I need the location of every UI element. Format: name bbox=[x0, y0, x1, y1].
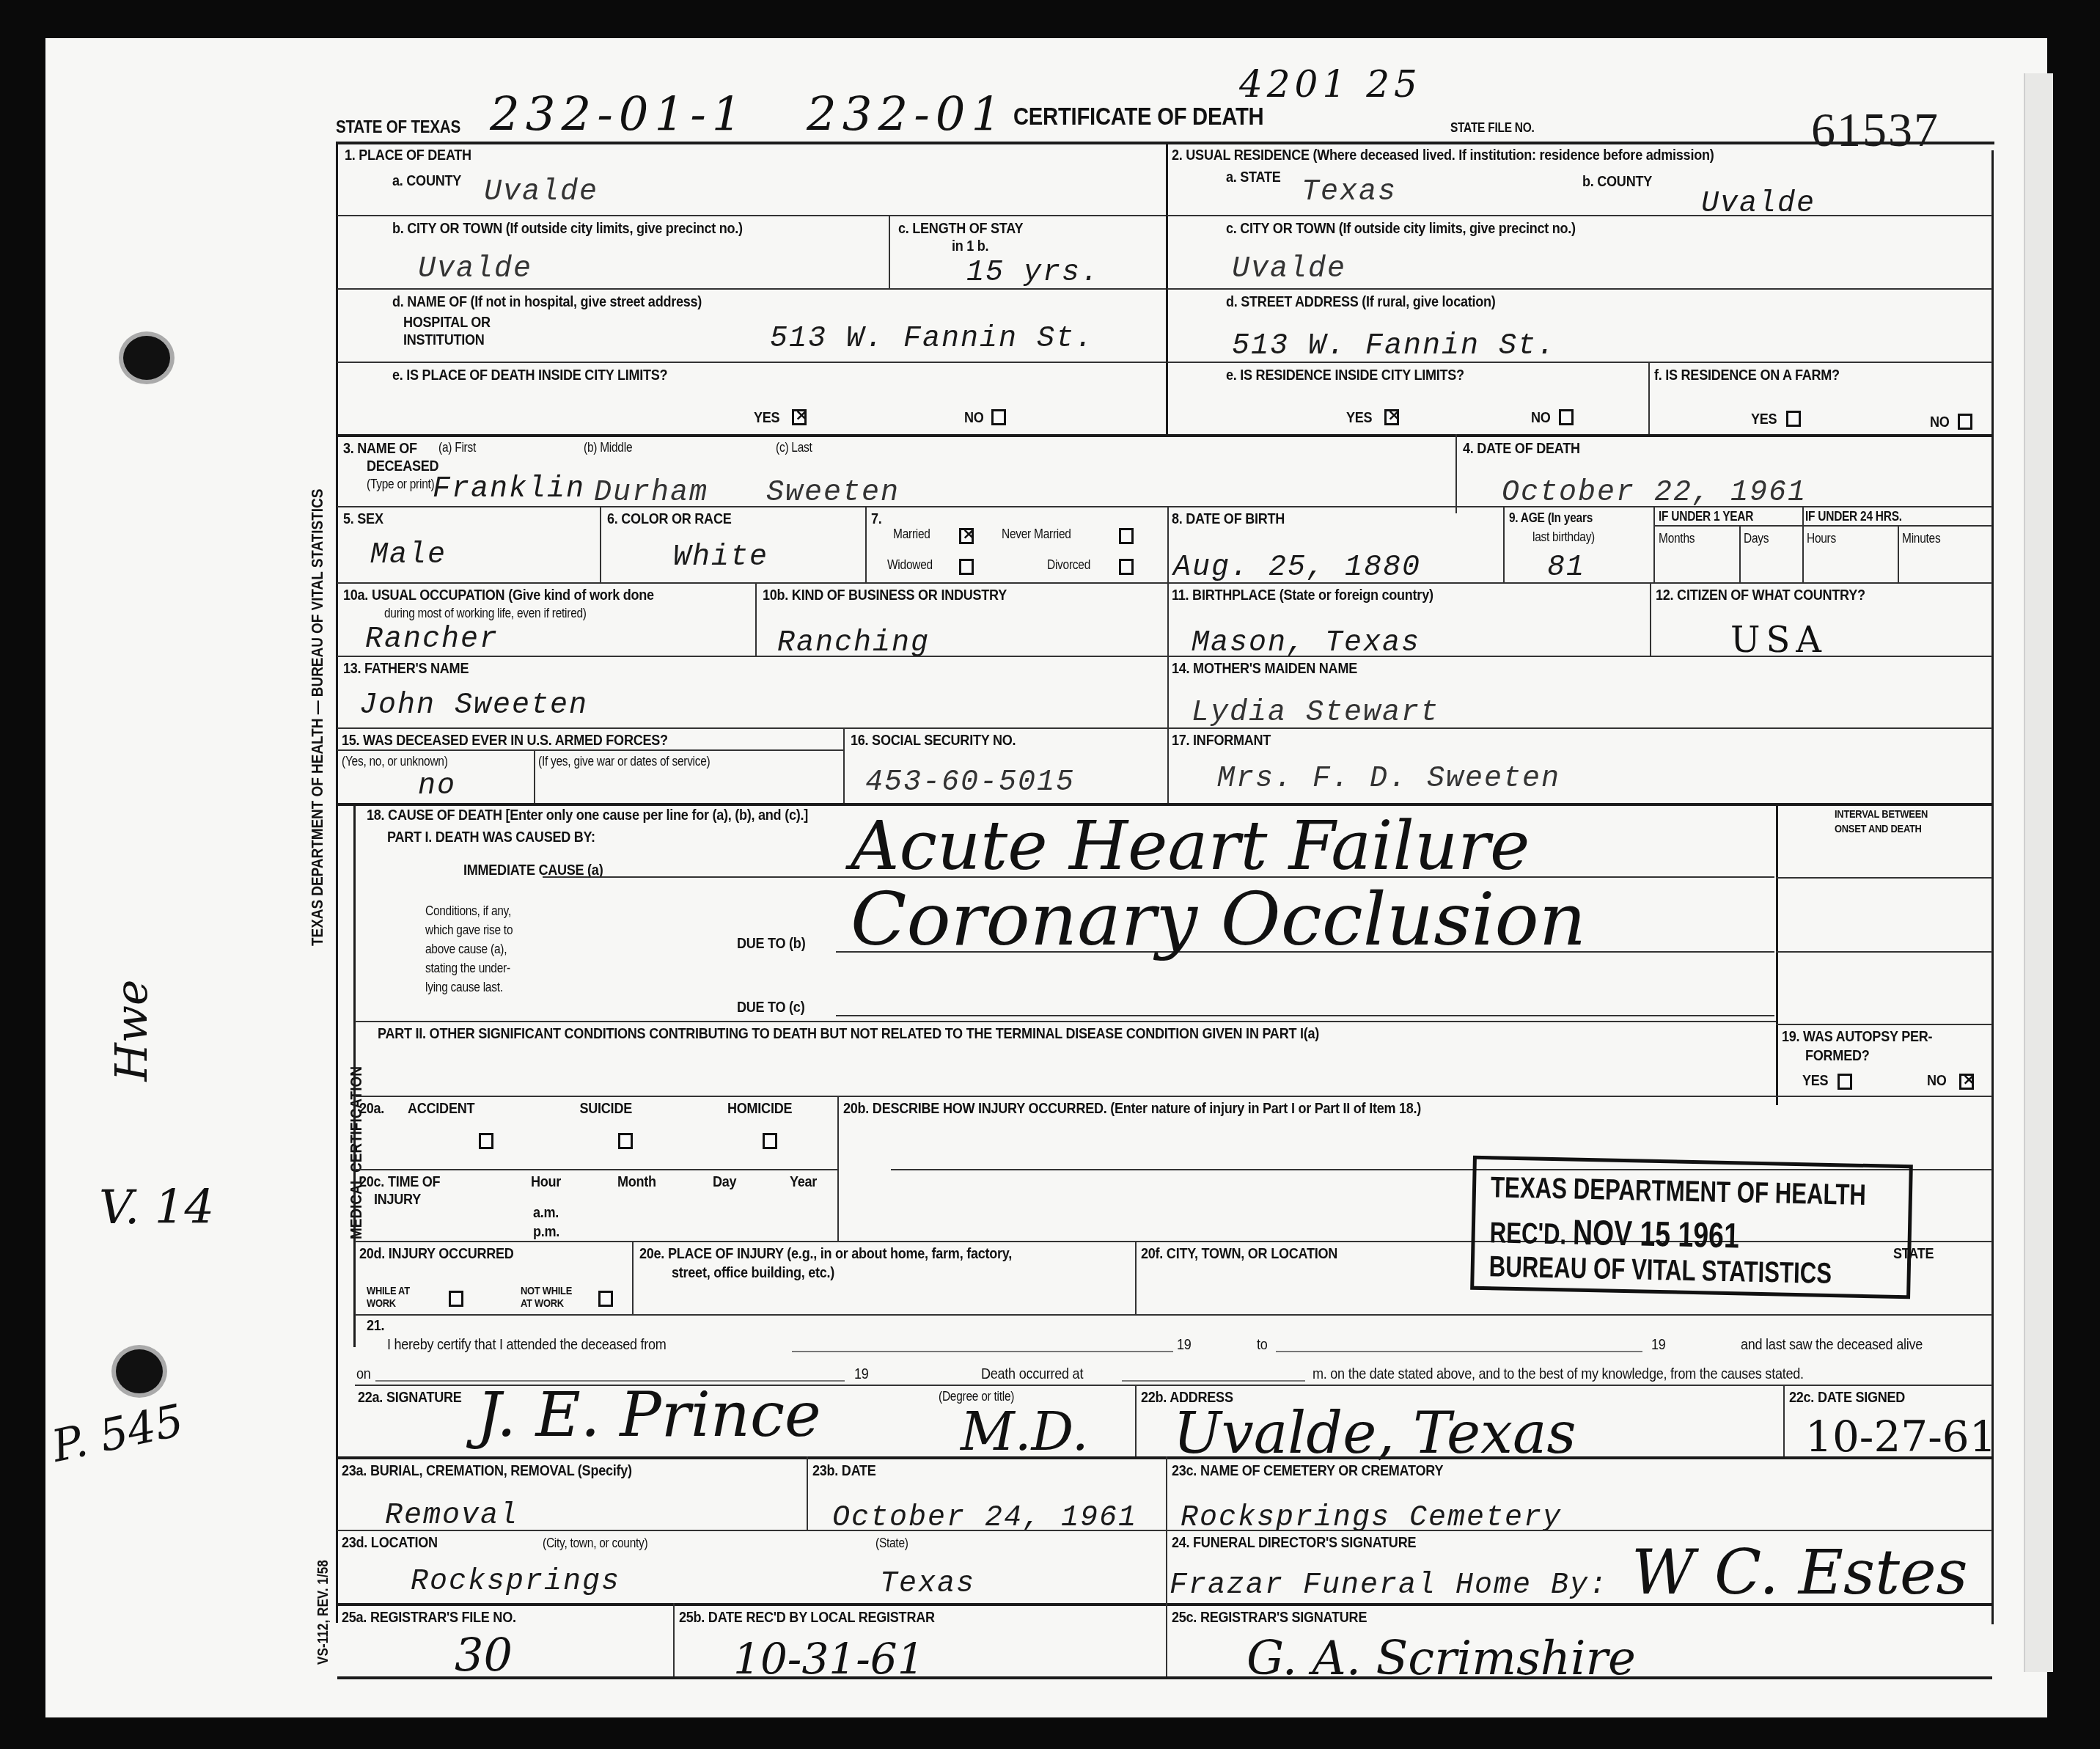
side-department-label: TEXAS DEPARTMENT OF HEALTH — BUREAU OF V… bbox=[308, 489, 327, 946]
dob-label: 8. DATE OF BIRTH bbox=[1172, 510, 1285, 528]
citizen-label: 12. CITIZEN OF WHAT COUNTRY? bbox=[1656, 587, 1865, 604]
under-1-year-label: IF UNDER 1 YEAR bbox=[1659, 509, 1753, 524]
res-farm-label: f. IS RESIDENCE ON A FARM? bbox=[1654, 367, 1840, 384]
injury-occurred-label: 20d. INJURY OCCURRED bbox=[359, 1245, 514, 1263]
divider bbox=[1135, 1241, 1137, 1314]
res-inside-city-label: e. IS RESIDENCE INSIDE CITY LIMITS? bbox=[1226, 367, 1464, 384]
armed-forces-sub-1: (Yes, no, or unknown) bbox=[342, 754, 448, 769]
year-label: Year bbox=[790, 1173, 817, 1191]
divider bbox=[337, 749, 843, 751]
form-border-top bbox=[336, 142, 1994, 144]
divider bbox=[337, 362, 1166, 363]
days-label: Days bbox=[1744, 531, 1769, 546]
degree-value: M.D. bbox=[961, 1401, 1089, 1462]
place-of-death-label: 1. PLACE OF DEATH bbox=[345, 147, 471, 164]
age-label-2: last birthday) bbox=[1532, 529, 1595, 545]
father-value: John Sweeten bbox=[359, 689, 588, 722]
divider bbox=[1167, 506, 1169, 583]
suicide-label: SUICIDE bbox=[580, 1100, 632, 1118]
am-label: a.m. bbox=[533, 1204, 559, 1222]
autopsy-no-checkbox[interactable] bbox=[1959, 1074, 1974, 1090]
no-label: NO bbox=[1930, 414, 1950, 431]
stamp-received-label: REC'D. bbox=[1489, 1217, 1566, 1250]
certify-text: 19 bbox=[1651, 1336, 1666, 1354]
interval-label: INTERVAL BETWEEN bbox=[1835, 808, 1928, 821]
form-border-bottom bbox=[337, 1676, 1992, 1679]
age-value: 81 bbox=[1547, 551, 1585, 584]
while-at-work-label: WHILE AT WORK bbox=[367, 1285, 417, 1310]
hours-label: Hours bbox=[1807, 531, 1836, 546]
divorced-label: Divorced bbox=[1047, 557, 1090, 573]
autopsy-label: 19. WAS AUTOPSY PER- bbox=[1782, 1028, 1932, 1046]
handwritten-top-code: 4201 25 bbox=[1239, 63, 1422, 106]
never-married-checkbox[interactable] bbox=[1119, 528, 1134, 544]
pod-city-label: b. CITY OR TOWN (If outside city limits,… bbox=[392, 220, 743, 238]
stamp-line-2: REC'D. NOV 15 1961 bbox=[1489, 1211, 1739, 1256]
divider bbox=[355, 1021, 1776, 1022]
hour-label: Hour bbox=[531, 1173, 561, 1191]
place-of-injury-label-2: street, office building, etc.) bbox=[672, 1264, 834, 1282]
informant-value: Mrs. F. D. Sweeten bbox=[1217, 763, 1560, 796]
divider bbox=[1503, 506, 1505, 583]
certify-text: and last saw the deceased alive bbox=[1741, 1336, 1923, 1354]
margin-note-volume: V. 14 bbox=[99, 1181, 214, 1235]
blank-line bbox=[1122, 1380, 1305, 1382]
divider bbox=[337, 288, 1166, 290]
yes-label: YES bbox=[1751, 411, 1777, 428]
form-number: VS-112, REV. 1/58 bbox=[315, 1560, 332, 1665]
divider bbox=[337, 434, 1992, 437]
not-while-at-work-label: NOT WHILE AT WORK bbox=[521, 1285, 577, 1310]
ssn-label: 16. SOCIAL SECURITY NO. bbox=[851, 732, 1016, 749]
divider bbox=[534, 749, 535, 804]
res-inside-city-no-checkbox[interactable] bbox=[1559, 409, 1574, 425]
registrar-date-label: 25b. DATE REC'D BY LOCAL REGISTRAR bbox=[679, 1609, 935, 1627]
divider bbox=[1653, 525, 1992, 527]
divider bbox=[755, 582, 757, 657]
due-to-c-label: DUE TO (c) bbox=[737, 999, 804, 1016]
married-label: Married bbox=[893, 527, 930, 542]
state-file-no-label: STATE FILE NO. bbox=[1450, 120, 1535, 136]
pod-inside-city-no-checkbox[interactable] bbox=[991, 409, 1006, 425]
res-street-value: 513 W. Fannin St. bbox=[1232, 330, 1556, 363]
divider bbox=[807, 1456, 808, 1530]
divorced-checkbox[interactable] bbox=[1119, 559, 1134, 575]
race-label: 6. COLOR OR RACE bbox=[607, 510, 731, 528]
conditions-note: above cause (a), bbox=[425, 942, 507, 957]
res-county-label: b. COUNTY bbox=[1582, 173, 1652, 191]
describe-injury-label: 20b. DESCRIBE HOW INJURY OCCURRED. (Ente… bbox=[843, 1100, 1421, 1118]
divider bbox=[837, 1096, 839, 1242]
name-label: 3. NAME OF bbox=[343, 440, 417, 458]
name-label-2: DECEASED bbox=[367, 458, 438, 475]
injury-type-label: 20a. bbox=[359, 1100, 384, 1118]
divider bbox=[1167, 362, 1992, 363]
physician-signature: J. E. Prince bbox=[477, 1379, 821, 1451]
age-label: 9. AGE (In years bbox=[1509, 510, 1593, 526]
occupation-label: 10a. USUAL OCCUPATION (Give kind of work… bbox=[343, 587, 654, 604]
suicide-checkbox[interactable] bbox=[618, 1133, 633, 1149]
divider bbox=[1802, 506, 1804, 583]
middle-name-label: (b) Middle bbox=[584, 440, 632, 455]
divider bbox=[865, 506, 867, 583]
divider bbox=[1167, 215, 1992, 216]
divider bbox=[1650, 582, 1651, 657]
autopsy-yes-label: YES bbox=[1802, 1072, 1828, 1090]
first-name-label: (a) First bbox=[438, 440, 476, 455]
res-farm-yes-checkbox[interactable] bbox=[1786, 411, 1801, 427]
minutes-label: Minutes bbox=[1902, 531, 1940, 546]
conditions-note: which gave rise to bbox=[425, 923, 513, 938]
dob-value: Aug. 25, 1880 bbox=[1173, 551, 1421, 584]
punch-hole-icon bbox=[123, 336, 170, 380]
occupation-value: Rancher bbox=[365, 623, 499, 656]
registrar-signature-label: 25c. REGISTRAR'S SIGNATURE bbox=[1172, 1609, 1367, 1627]
divider bbox=[337, 1530, 1992, 1531]
divider bbox=[337, 506, 1992, 507]
industry-label: 10b. KIND OF BUSINESS OR INDUSTRY bbox=[763, 587, 1007, 604]
form-border-left bbox=[336, 142, 338, 1623]
interval-label-2: ONSET AND DEATH bbox=[1835, 823, 1922, 835]
institution-label-2: HOSPITAL OR bbox=[403, 314, 491, 331]
divider bbox=[337, 215, 1166, 216]
location-sub-label: (City, town, or county) bbox=[543, 1536, 647, 1551]
punch-hole-icon bbox=[116, 1349, 163, 1393]
registrar-file-value: 30 bbox=[455, 1628, 513, 1682]
res-state-label: a. STATE bbox=[1226, 169, 1281, 186]
line bbox=[836, 1015, 1774, 1016]
father-label: 13. FATHER'S NAME bbox=[343, 660, 469, 678]
res-farm-no-checkbox[interactable] bbox=[1958, 414, 1972, 430]
time-of-injury-label-2: INJURY bbox=[374, 1191, 421, 1209]
cause-of-death-label: 18. CAUSE OF DEATH [Enter only one cause… bbox=[367, 807, 808, 824]
institution-label-3: INSTITUTION bbox=[403, 331, 485, 349]
citizen-value: USA bbox=[1730, 620, 1827, 661]
res-city-label: c. CITY OR TOWN (If outside city limits,… bbox=[1226, 220, 1576, 238]
divider bbox=[337, 656, 1992, 657]
divider bbox=[1648, 362, 1650, 435]
due-to-b-value: Coronary Occlusion bbox=[851, 876, 1586, 962]
divider bbox=[1455, 434, 1457, 513]
yes-label: YES bbox=[754, 409, 779, 427]
paper-stack-edge bbox=[2024, 73, 2053, 1672]
stay-label-sub: in 1 b. bbox=[952, 238, 988, 255]
divider bbox=[1776, 877, 1992, 879]
divider bbox=[355, 1096, 1992, 1097]
name-label-3: (Type or print) bbox=[367, 477, 434, 492]
medical-certification-label: MEDICAL CERTIFICATION bbox=[347, 1066, 366, 1239]
date-of-death-label: 4. DATE OF DEATH bbox=[1463, 440, 1580, 458]
medical-border bbox=[353, 804, 356, 1347]
divider bbox=[632, 1241, 634, 1314]
divider bbox=[1166, 1603, 1167, 1676]
stay-label: c. LENGTH OF STAY bbox=[898, 220, 1023, 238]
location-value: Rocksprings bbox=[411, 1566, 620, 1599]
registrar-file-label: 25a. REGISTRAR'S FILE NO. bbox=[342, 1609, 516, 1627]
divider bbox=[1653, 506, 1655, 583]
blank-line bbox=[792, 1351, 1173, 1352]
cemetery-label: 23c. NAME OF CEMETERY OR CREMATORY bbox=[1172, 1462, 1443, 1480]
certification-num: 21. bbox=[367, 1317, 384, 1335]
divider bbox=[1135, 1385, 1137, 1458]
res-street-label: d. STREET ADDRESS (If rural, give locati… bbox=[1226, 293, 1496, 311]
divider bbox=[355, 1169, 837, 1170]
margin-note: Hwe bbox=[106, 979, 158, 1081]
while-at-work-checkbox[interactable] bbox=[449, 1291, 463, 1307]
signature-label: 22a. SIGNATURE bbox=[358, 1389, 462, 1407]
ssn-value: 453-60-5015 bbox=[865, 766, 1075, 799]
homicide-checkbox[interactable] bbox=[763, 1133, 777, 1149]
accident-checkbox[interactable] bbox=[479, 1133, 493, 1149]
divider bbox=[1783, 1385, 1785, 1458]
certify-text: Death occurred at bbox=[981, 1365, 1083, 1383]
no-label: NO bbox=[1531, 409, 1551, 427]
last-name-label: (c) Last bbox=[776, 440, 812, 455]
months-label: Months bbox=[1659, 531, 1695, 546]
no-label: NO bbox=[964, 409, 984, 427]
blank-line bbox=[1276, 1351, 1642, 1352]
autopsy-yes-checkbox[interactable] bbox=[1837, 1074, 1852, 1090]
handwritten-code-2: 232-01 bbox=[807, 88, 1007, 142]
part-1-label: PART I. DEATH WAS CAUSED BY: bbox=[387, 829, 595, 846]
certify-text: I hereby certify that I attended the dec… bbox=[387, 1336, 667, 1354]
handwritten-code-1: 232-01-1 bbox=[490, 88, 748, 142]
pod-inside-city-label: e. IS PLACE OF DEATH INSIDE CITY LIMITS? bbox=[392, 367, 667, 384]
burial-state-value: Texas bbox=[880, 1568, 975, 1601]
married-checkbox[interactable] bbox=[959, 528, 974, 544]
conditions-note: Conditions, if any, bbox=[425, 903, 511, 919]
pm-label: p.m. bbox=[533, 1223, 559, 1241]
race-value: White bbox=[673, 541, 768, 574]
pod-inside-city-yes-checkbox[interactable] bbox=[792, 409, 807, 425]
divider bbox=[1776, 804, 1778, 1105]
institution-label: d. NAME OF (If not in hospital, give str… bbox=[392, 293, 702, 311]
state-file-no: 61537 bbox=[1811, 103, 1939, 158]
stamp-line-3: BUREAU OF VITAL STATISTICS bbox=[1488, 1250, 1832, 1291]
day-label: Day bbox=[713, 1173, 736, 1191]
divider bbox=[337, 1456, 1992, 1459]
not-while-at-work-checkbox[interactable] bbox=[598, 1291, 613, 1307]
stay-value: 15 yrs. bbox=[966, 257, 1100, 290]
state-of-texas-label: STATE OF TEXAS bbox=[336, 117, 460, 138]
divider bbox=[1898, 525, 1899, 582]
date-of-death-value: October 22, 1961 bbox=[1502, 477, 1807, 510]
under-24-hrs-label: IF UNDER 24 HRS. bbox=[1805, 509, 1902, 524]
widowed-checkbox[interactable] bbox=[959, 559, 974, 575]
funeral-director-signature: W C. Estes bbox=[1631, 1536, 1968, 1608]
stamp-line-1: TEXAS DEPARTMENT OF HEALTH bbox=[1491, 1171, 1867, 1212]
res-state-value: Texas bbox=[1302, 176, 1397, 209]
divider bbox=[355, 1314, 1992, 1316]
immediate-cause-value: Acute Heart Failure bbox=[851, 807, 1530, 885]
divider bbox=[337, 727, 1992, 729]
divider bbox=[889, 215, 890, 288]
divider bbox=[1167, 288, 1992, 290]
res-inside-city-yes-checkbox[interactable] bbox=[1384, 409, 1399, 425]
part-2-label: PART II. OTHER SIGNIFICANT CONDITIONS CO… bbox=[378, 1025, 1319, 1043]
location-label: 23d. LOCATION bbox=[342, 1534, 438, 1552]
divider bbox=[1776, 1024, 1992, 1025]
widowed-label: Widowed bbox=[887, 557, 933, 573]
burial-type-value: Removal bbox=[385, 1500, 518, 1533]
sex-value: Male bbox=[370, 539, 447, 572]
sex-label: 5. SEX bbox=[343, 510, 383, 528]
never-married-label: Never Married bbox=[1002, 527, 1071, 542]
funeral-home-value: Frazar Funeral Home By: bbox=[1170, 1569, 1608, 1602]
divider bbox=[1776, 951, 1992, 953]
pod-county-value: Uvalde bbox=[484, 176, 598, 209]
burial-type-label: 23a. BURIAL, CREMATION, REMOVAL (Specify… bbox=[342, 1462, 632, 1480]
place-of-injury-label: 20e. PLACE OF INJURY (e.g., in or about … bbox=[639, 1245, 1012, 1263]
date-signed-label: 22c. DATE SIGNED bbox=[1789, 1389, 1905, 1407]
res-city-value: Uvalde bbox=[1232, 253, 1346, 286]
mother-label: 14. MOTHER'S MAIDEN NAME bbox=[1172, 660, 1357, 678]
pod-county-label: a. COUNTY bbox=[392, 172, 461, 190]
marital-label: 7. bbox=[871, 510, 882, 528]
divider bbox=[337, 803, 1992, 806]
certify-text: to bbox=[1257, 1336, 1268, 1354]
institution-value: 513 W. Fannin St. bbox=[770, 323, 1094, 356]
divider bbox=[1167, 582, 1169, 657]
certify-text: 19 bbox=[854, 1365, 869, 1383]
first-name-value: Franklin bbox=[433, 473, 585, 506]
state-sub-label: (State) bbox=[875, 1536, 908, 1551]
divider bbox=[673, 1603, 675, 1676]
autopsy-label-2: FORMED? bbox=[1805, 1047, 1869, 1065]
burial-date-label: 23b. DATE bbox=[812, 1462, 876, 1480]
residence-label: 2. USUAL RESIDENCE (Where deceased lived… bbox=[1172, 147, 1714, 164]
birthplace-label: 11. BIRTHPLACE (State or foreign country… bbox=[1172, 587, 1433, 604]
mother-value: Lydia Stewart bbox=[1192, 697, 1439, 730]
divider bbox=[337, 1603, 1992, 1606]
date-signed-value: 10-27-61 bbox=[1805, 1412, 1997, 1462]
certify-text: 19 bbox=[1177, 1336, 1192, 1354]
received-stamp: TEXAS DEPARTMENT OF HEALTH REC'D. NOV 15… bbox=[1470, 1156, 1913, 1299]
form-border-right bbox=[1991, 150, 1994, 1624]
accident-label: ACCIDENT bbox=[408, 1100, 474, 1118]
divider bbox=[1739, 525, 1741, 582]
certify-text: m. on the date stated above, and to the … bbox=[1312, 1365, 1804, 1383]
occupation-label-2: during most of working life, even if ret… bbox=[384, 606, 587, 621]
injury-city-label: 20f. CITY, TOWN, OR LOCATION bbox=[1141, 1245, 1337, 1263]
armed-forces-label: 15. WAS DECEASED EVER IN U.S. ARMED FORC… bbox=[342, 732, 668, 749]
stamp-date: NOV 15 1961 bbox=[1572, 1214, 1739, 1256]
homicide-label: HOMICIDE bbox=[727, 1100, 792, 1118]
divider bbox=[843, 727, 845, 804]
due-to-b-label: DUE TO (b) bbox=[737, 935, 805, 953]
divider bbox=[1167, 656, 1169, 806]
conditions-note: lying cause last. bbox=[425, 980, 503, 995]
page-title: CERTIFICATE OF DEATH bbox=[1013, 103, 1263, 131]
informant-label: 17. INFORMANT bbox=[1172, 732, 1271, 749]
conditions-note: stating the under- bbox=[425, 961, 510, 976]
funeral-director-label: 24. FUNERAL DIRECTOR'S SIGNATURE bbox=[1172, 1534, 1416, 1552]
divider bbox=[337, 582, 1992, 584]
middle-name-value: Durham bbox=[594, 477, 708, 510]
certify-text: on bbox=[356, 1365, 371, 1383]
last-name-value: Sweeten bbox=[766, 477, 900, 510]
armed-forces-value: no bbox=[418, 770, 456, 803]
yes-label: YES bbox=[1346, 409, 1372, 427]
autopsy-no-label: NO bbox=[1927, 1072, 1947, 1090]
divider bbox=[600, 506, 601, 583]
armed-forces-sub-2: (If yes, give war or dates of service) bbox=[538, 754, 711, 769]
pod-city-value: Uvalde bbox=[418, 253, 532, 286]
month-label: Month bbox=[617, 1173, 656, 1191]
time-of-injury-label: 20c. TIME OF bbox=[359, 1173, 440, 1191]
